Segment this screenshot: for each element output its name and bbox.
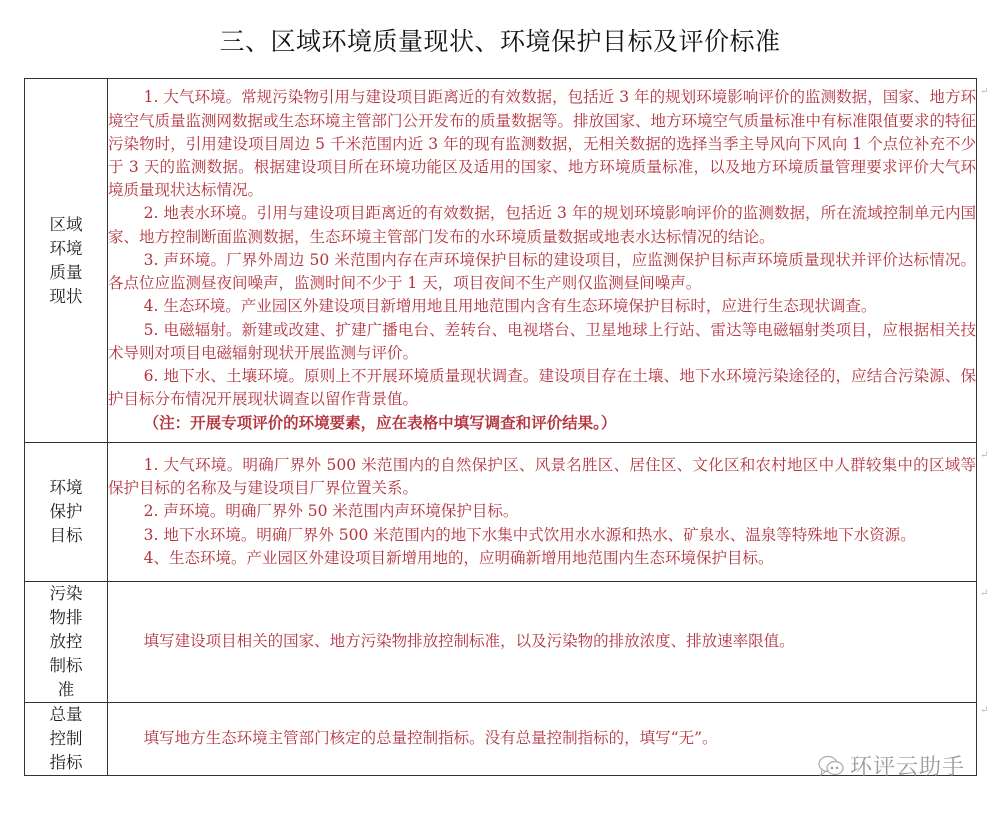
row-label-protection-targets: 环境 保护 目标 (25, 443, 108, 582)
paragraph-ecology: 4. 生态环境。产业园区外建设项目新增用地且用地范围内含有生态环境保护目标时，应… (108, 295, 976, 318)
label-line: 现状 (25, 285, 107, 309)
row-label-total-control: 总量 控制 指标 (25, 703, 108, 776)
label-line: 环境 (25, 237, 107, 261)
label-line: 保护 (25, 500, 107, 524)
watermark-text: 环评云助手 (850, 750, 965, 781)
watermark: 环评云助手 (818, 750, 965, 781)
total-control-text: 填写地方生态环境主管部门核定的总量控制指标。没有总量控制指标的，填写“无”。 (108, 727, 976, 750)
label-line: 质量 (25, 261, 107, 285)
table-row-protection-targets: 环境 保护 目标 1. 大气环境。明确厂界外 500 米范围内的自然保护区、风景… (25, 443, 977, 582)
paragraph-air: 1. 大气环境。常规污染物引用与建设项目距离近的有效数据，包括近 3 年的规划环… (108, 86, 976, 202)
paragraph-mark: ↵ (980, 86, 988, 97)
paragraph-air: 1. 大气环境。明确厂界外 500 米范围内的自然保护区、风景名胜区、居住区、文… (108, 454, 976, 500)
paragraph-electromagnetic: 5. 电磁辐射。新建或改建、扩建广播电台、差转台、电视塔台、卫星地球上行站、雷达… (108, 319, 976, 365)
label-line: 指标 (25, 751, 107, 775)
paragraph-mark: ↵ (980, 450, 988, 461)
table-row-regional-quality: 区域 环境 质量 现状 1. 大气环境。常规污染物引用与建设项目距离近的有效数据… (25, 79, 977, 443)
paragraph-noise: 3. 声环境。厂界外周边 50 米范围内存在声环境保护目标的建设项目，应监测保护… (108, 249, 976, 295)
paragraph-ecology: 4、生态环境。产业园区外建设项目新增用地的，应明确新增用地范围内生态环境保护目标… (108, 547, 976, 570)
paragraph-surface-water: 2. 地表水环境。引用与建设项目距离近的有效数据，包括近 3 年的规划环境影响评… (108, 202, 976, 248)
row-label-regional-quality: 区域 环境 质量 现状 (25, 79, 108, 443)
paragraph-mark: ↵ (980, 705, 988, 716)
row-label-emission-standards: 污染 物排 放控 制标 准 (25, 582, 108, 703)
paragraph-groundwater: 3. 地下水环境。明确厂界外 500 米范围内的地下水集中式饮用水水源和热水、矿… (108, 524, 976, 547)
emission-standards-text: 填写建设项目相关的国家、地方污染物排放控制标准，以及污染物的排放浓度、排放速率限… (108, 630, 976, 653)
label-line: 放控 (25, 630, 107, 654)
label-line: 目标 (25, 524, 107, 548)
row-content-protection-targets: 1. 大气环境。明确厂界外 500 米范围内的自然保护区、风景名胜区、居住区、文… (108, 443, 977, 582)
row-content-regional-quality: 1. 大气环境。常规污染物引用与建设项目距离近的有效数据，包括近 3 年的规划环… (108, 79, 977, 443)
paragraph-mark: ↵ (980, 588, 988, 599)
label-line: 总量 (25, 703, 107, 727)
row-content-emission-standards: 填写建设项目相关的国家、地方污染物排放控制标准，以及污染物的排放浓度、排放速率限… (108, 582, 977, 703)
standards-table: 区域 环境 质量 现状 1. 大气环境。常规污染物引用与建设项目距离近的有效数据… (24, 78, 977, 776)
table-row-emission-standards: 污染 物排 放控 制标 准 填写建设项目相关的国家、地方污染物排放控制标准，以及… (25, 582, 977, 703)
label-line: 区域 (25, 213, 107, 237)
label-line: 控制 (25, 727, 107, 751)
label-line: 环境 (25, 476, 107, 500)
page-title: 三、区域环境质量现状、环境保护目标及评价标准 (0, 22, 1000, 58)
paragraph-groundwater-soil: 6. 地下水、土壤环境。原则上不开展环境质量现状调查。建设项目存在土壤、地下水环… (108, 365, 976, 411)
label-line: 物排 (25, 606, 107, 630)
label-line: 制标 (25, 654, 107, 678)
label-line: 污染 (25, 582, 107, 606)
wechat-icon (818, 755, 846, 777)
label-line: 准 (25, 678, 107, 702)
note-text: （注：开展专项评价的环境要素，应在表格中填写调查和评价结果。） (108, 411, 976, 434)
paragraph-noise: 2. 声环境。明确厂界外 50 米范围内声环境保护目标。 (108, 500, 976, 523)
